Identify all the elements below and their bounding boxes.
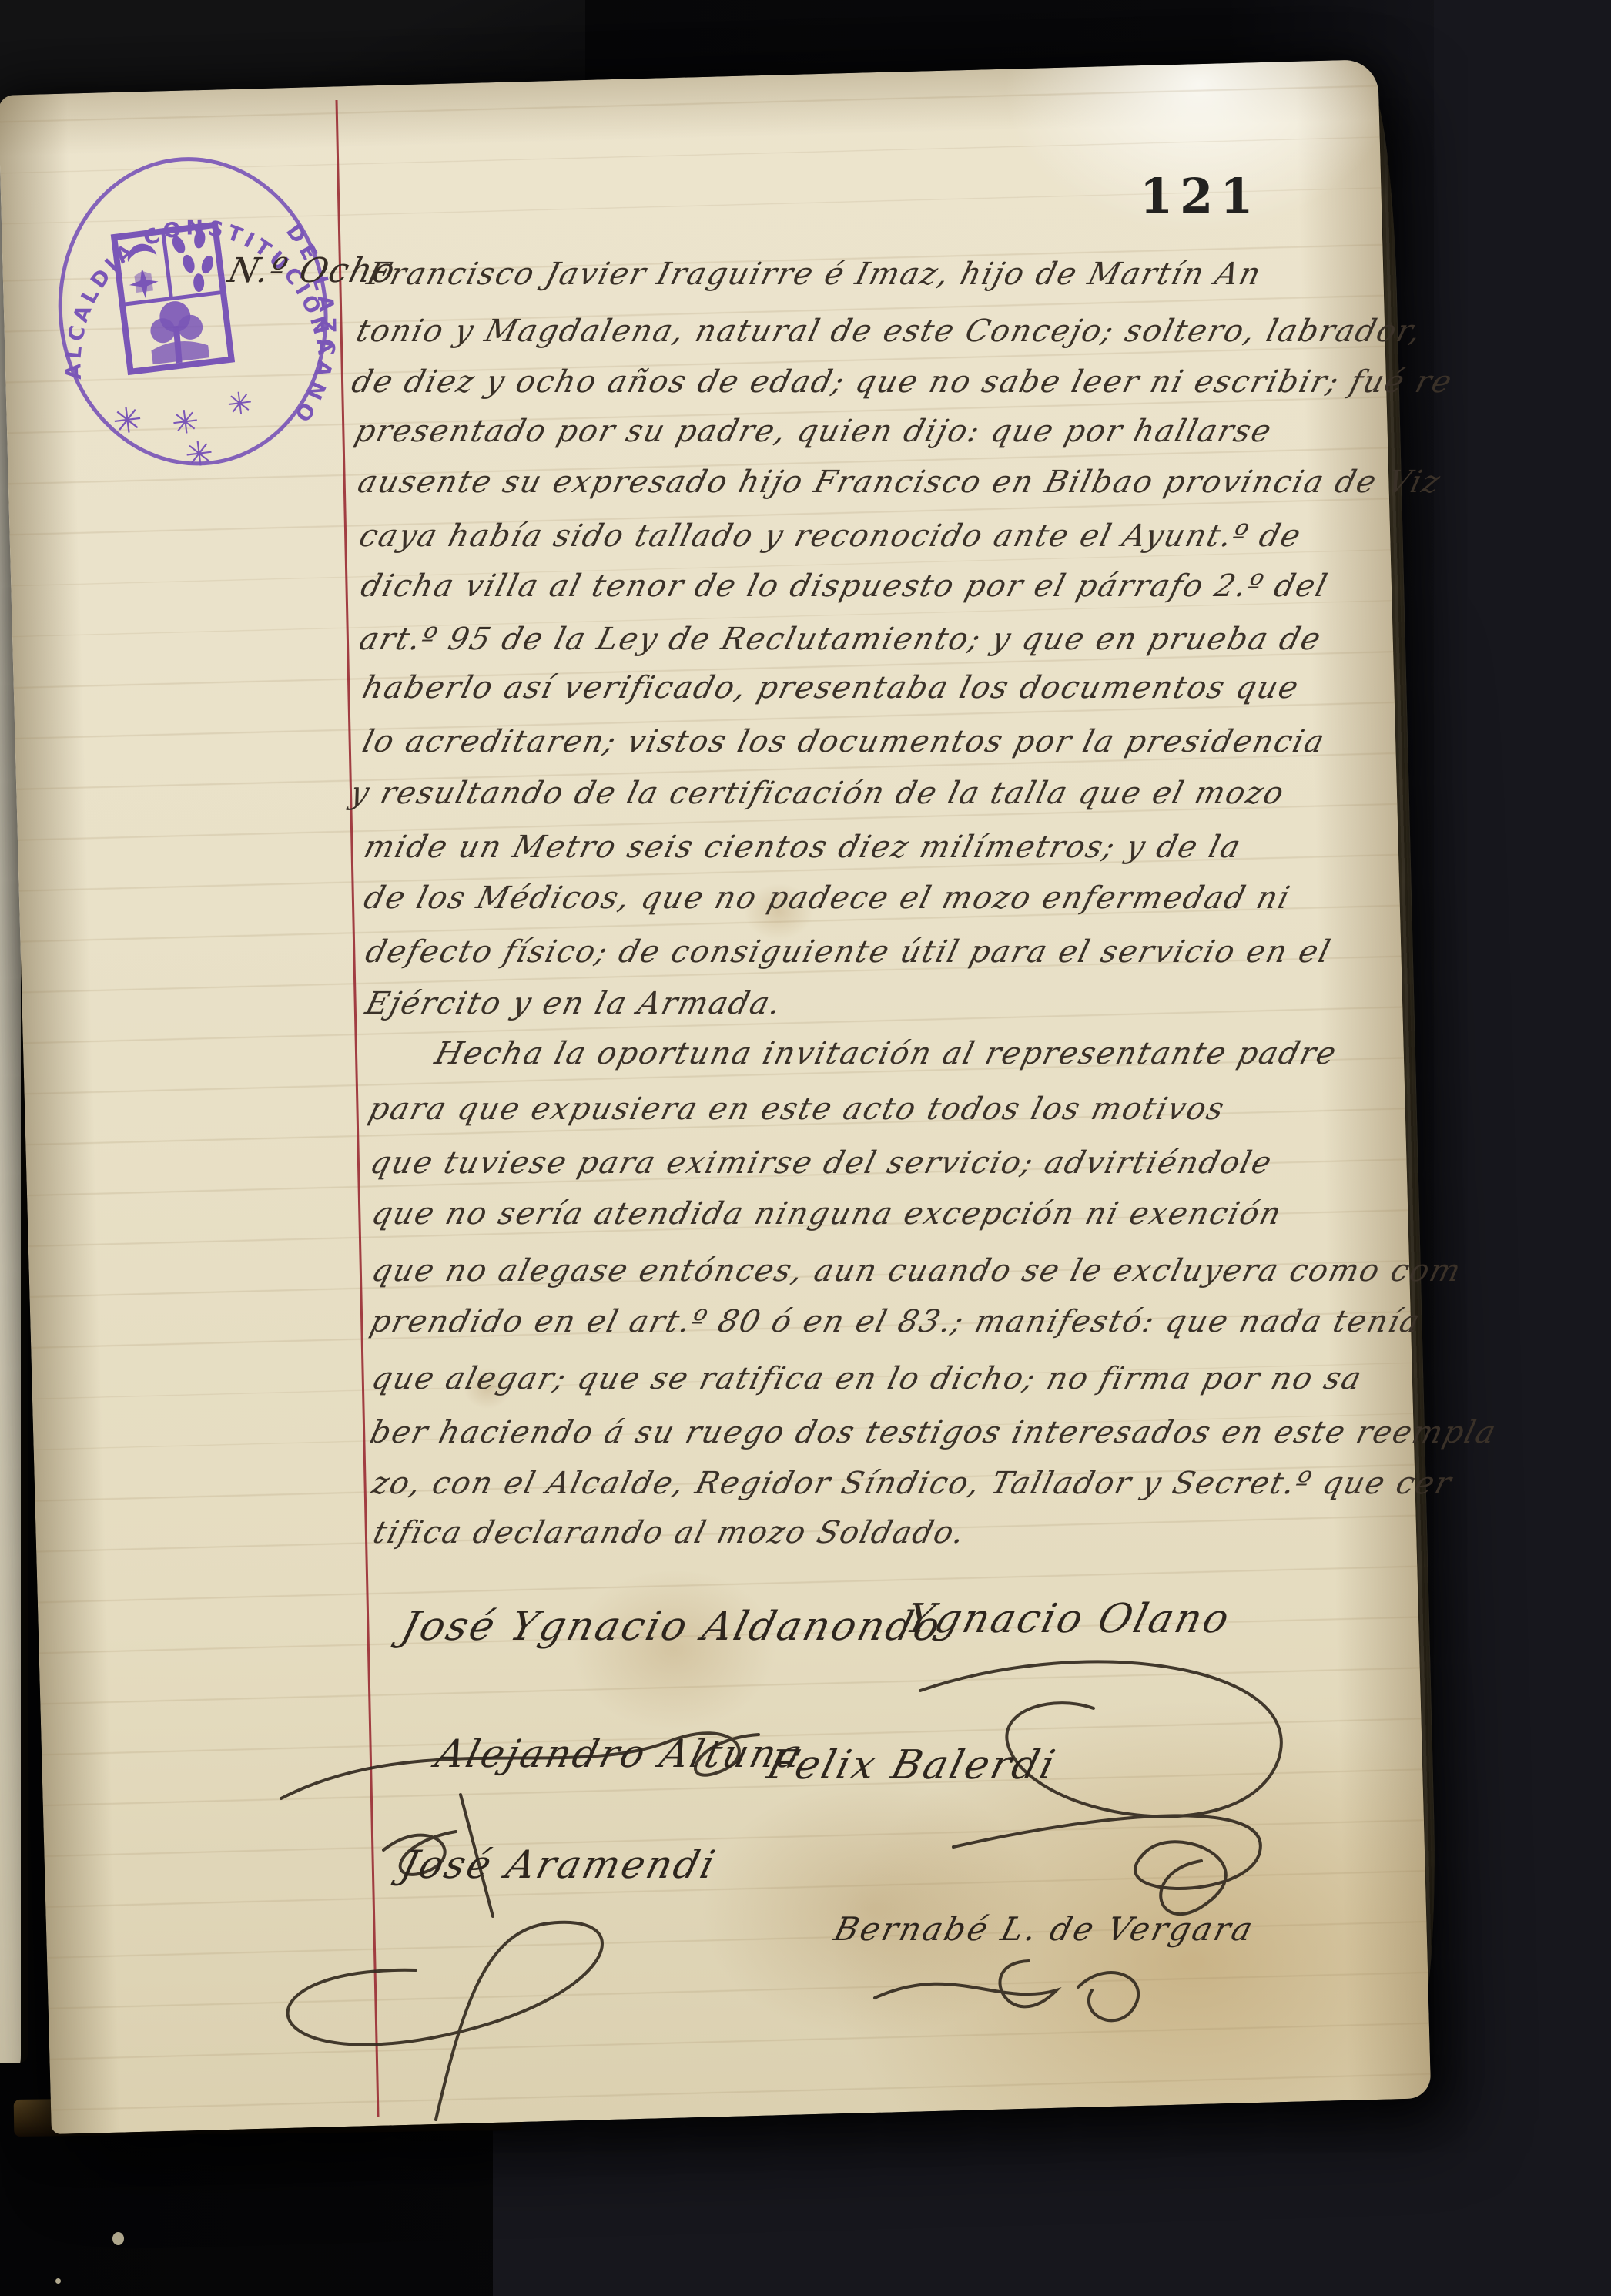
manuscript-line: zo, con el Alcalde, Regidor Síndico, Tal… [368,1466,1456,1501]
manuscript-line: presentado por su padre, quien dijo: que… [351,414,1276,449]
manuscript-line: prendido en el art.º 80 ó en el 83.; man… [367,1304,1425,1339]
manuscript-line: tonio y Magdalena, natural de este Conce… [353,313,1426,349]
svg-text:✳: ✳ [110,398,145,443]
signature-rubric [953,1815,1261,1914]
manuscript-line: dicha villa al tenor de lo dispuesto por… [357,568,1331,604]
manuscript-line: para que expusiera en este acto todos lo… [365,1091,1229,1127]
svg-text:✳: ✳ [225,385,255,424]
manuscript-line: que no alegase entónces, aun cuando se l… [368,1253,1465,1289]
stamp-flower-icons: ✳ ✳ ✳ ✳ [110,384,260,484]
manuscript-line: Ejército y en la Armada. [362,986,786,1021]
municipal-stamp: ALCALDIA CONSTITUCIONAL DE LAZCANO [25,131,363,496]
signature-rubric [920,1661,1281,1816]
signature-rubric [875,1961,1138,2020]
signature: Ygnacio Olano [901,1596,1236,1642]
manuscript-line: lo acreditaren; vistos los documentos po… [359,724,1329,759]
manuscript-line: que no sería atendida ninguna excepción … [368,1196,1286,1232]
signature: José Aramendi [397,1842,722,1887]
manuscript-line: caya había sido tallado y reconocido ant… [356,518,1305,554]
signature: Felix Balerdi [762,1742,1061,1788]
signature: Bernabé L. de Vergara [830,1910,1258,1948]
manuscript-line: Hecha la oportuna invitación al represen… [431,1036,1341,1071]
manuscript-line: que alegar; que se ratifica en lo dicho;… [368,1361,1366,1396]
ink-layer: ALCALDIA CONSTITUCIONAL DE LAZCANO [0,0,1611,2296]
manuscript-line: y resultando de la certificación de la t… [347,776,1288,811]
manuscript-line: de los Médicos, que no padece el mozo en… [360,880,1294,916]
manuscript-line: que tuviese para eximirse del servicio; … [367,1145,1276,1181]
manuscript-line: ber haciendo á su ruego dos testigos int… [367,1415,1501,1450]
manuscript-line: tifica declarando al mozo Soldado. [370,1515,970,1550]
star-icon [127,266,160,300]
scanned-register-photo: { "page_number": "121", "stamp": { "arc_… [0,0,1611,2296]
manuscript-line: defecto físico; de consiguiente útil par… [362,934,1335,970]
signature-rubric [288,1922,602,2120]
signature: Alejandro Altuna [431,1731,809,1776]
tree-icon [146,298,209,366]
signature: José Ygnacio Aldanondo [397,1604,946,1650]
manuscript-line: haberlo así verificado, presentaba los d… [359,670,1303,706]
page-number: 121 [1140,168,1260,224]
manuscript-line: art.º 95 de la Ley de Reclutamiento; y q… [356,622,1325,657]
stamp-asterisk-icon: ✳ [183,434,216,476]
manuscript-line: de diez y ocho años de edad; que no sabe… [348,364,1456,400]
manuscript-line: mide un Metro seis cientos diez milímetr… [360,830,1245,865]
manuscript-line: Francisco Javier Iraguirre é Imaz, hijo … [363,256,1265,292]
manuscript-line: ausente su expresado hijo Francisco en B… [354,464,1445,500]
